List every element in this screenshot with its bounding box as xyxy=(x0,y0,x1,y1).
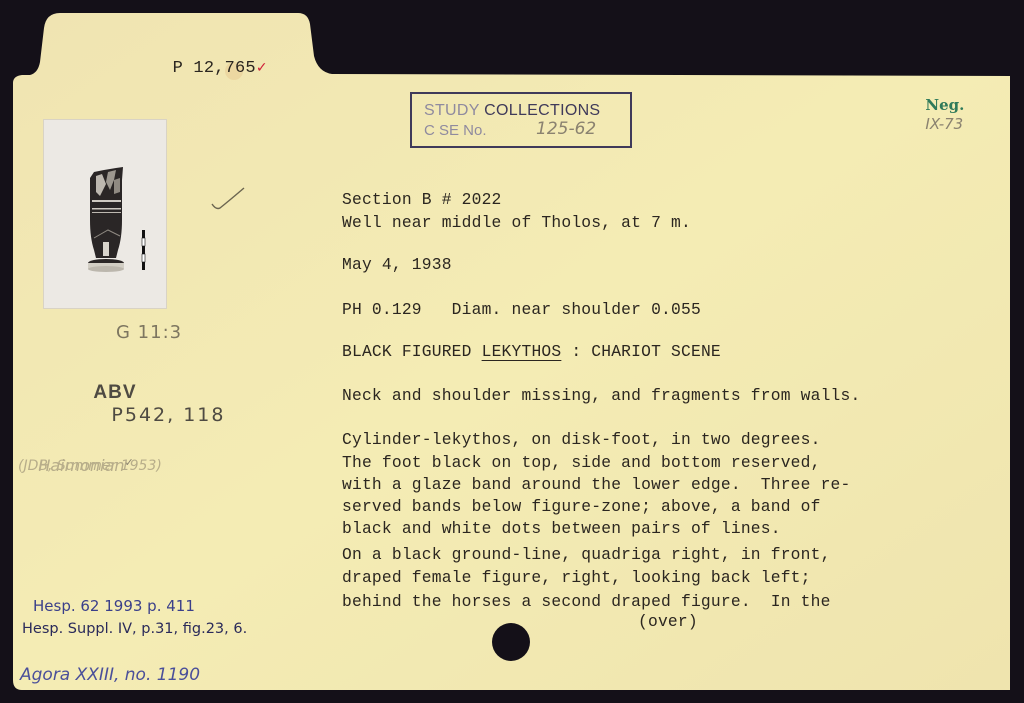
stamp-case-text: C SE xyxy=(424,122,459,139)
stamp-faded-text: STUDY xyxy=(424,102,479,119)
description-line: The foot black on top, side and bottom r… xyxy=(342,453,821,472)
photo-check-icon xyxy=(172,166,246,235)
object-title: BLACK FIGURED LEKYTHOS : CHARIOT SCENE xyxy=(342,342,721,361)
stamp-collections-text: COLLECTIONS xyxy=(479,102,600,119)
neg-value: IX-73 xyxy=(925,115,963,133)
lekythos-photo-icon xyxy=(44,120,166,308)
title-prefix: BLACK FIGURED xyxy=(342,342,482,361)
abv-label: ABV xyxy=(93,382,136,403)
continued-over-note: (over) xyxy=(638,612,698,631)
description-line: Cylinder-lekythos, on disk-foot, in two … xyxy=(342,430,821,449)
title-object-type: LEKYTHOS xyxy=(482,342,562,361)
description-line: draped female figure, right, looking bac… xyxy=(342,568,811,587)
negative-number: Neg. IX-73 xyxy=(887,78,964,152)
deposit-code: G 11:3 xyxy=(116,322,182,343)
case-number: 125-62 xyxy=(536,119,596,139)
catalog-number: P 12,765✓ xyxy=(131,40,268,97)
catalog-number-text: P 12,765 xyxy=(173,59,256,78)
punch-hole xyxy=(492,623,530,661)
attribution-source: (JDB, Summer 1953) xyxy=(18,458,162,474)
reference-hesperia-suppl: Hesp. Suppl. IV, p.31, fig.23, 6. xyxy=(22,621,247,637)
description-line: served bands below figure-zone; above, a… xyxy=(342,497,821,516)
object-photo xyxy=(44,120,166,308)
reference-agora-xxiii: Agora XXIII, no. 1190 xyxy=(20,665,200,685)
description-line: On a black ground-line, quadriga right, … xyxy=(342,545,831,564)
reference-hesperia-62: Hesp. 62 1993 p. 411 xyxy=(33,597,195,615)
study-collections-stamp: STUDY COLLECTIONS C SE No. 125-62 xyxy=(410,92,632,148)
condition-note: Neck and shoulder missing, and fragments… xyxy=(342,386,860,405)
description-line: black and white dots between pairs of li… xyxy=(342,519,781,538)
description-line: with a glaze band around the lower edge.… xyxy=(342,475,851,494)
abv-ref: P542, 118 xyxy=(111,404,225,426)
abv-reference: ABV P542, 118 xyxy=(55,364,225,444)
title-subject: : CHARIOT SCENE xyxy=(561,342,721,361)
findspot: Well near middle of Tholos, at 7 m. xyxy=(342,213,691,232)
description-line: behind the horses a second draped figure… xyxy=(342,592,831,611)
red-check-icon: ✓ xyxy=(256,60,268,76)
find-date: May 4, 1938 xyxy=(342,255,452,274)
stamp-no-text: No. xyxy=(459,122,487,139)
stamp-line-1: STUDY COLLECTIONS xyxy=(424,102,600,120)
catalog-card: P 12,765✓ STUDY COLLECTIONS C SE No. 125… xyxy=(0,0,1024,703)
stamp-line-2: C SE No. xyxy=(424,122,487,139)
neg-label: Neg. xyxy=(925,96,964,114)
section-number: Section B # 2022 xyxy=(342,190,502,209)
dimensions: PH 0.129 Diam. near shoulder 0.055 xyxy=(342,300,701,319)
